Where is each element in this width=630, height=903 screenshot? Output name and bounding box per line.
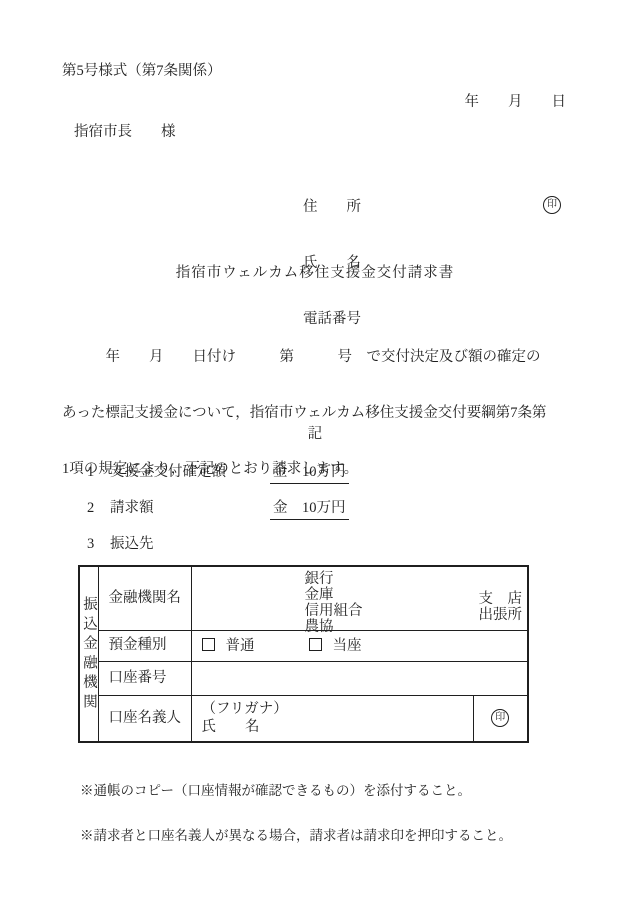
- item-number: 2: [87, 501, 94, 516]
- document-title: 指宿市ウェルカム移住支援金交付請求書: [0, 266, 630, 281]
- furigana-label: （フリガナ）: [202, 700, 473, 718]
- row-label-account-number: 口座番号: [98, 661, 191, 695]
- bank-type-option: 農協: [305, 619, 363, 635]
- ki-heading: 記: [0, 427, 630, 442]
- address-label: 住 所: [303, 200, 361, 227]
- account-holder-seal-icon: 印: [491, 709, 509, 727]
- list-item-confirmed-amount: 1 支援金交付確定額 金 10万円: [0, 465, 630, 485]
- item-label: 振込先: [110, 537, 154, 552]
- item-value-underlined: 金 10万円: [270, 465, 349, 484]
- bank-type-option: 金庫: [305, 587, 363, 603]
- body-paragraph: 年 月 日付け 第 号 で交付決定及び額の確定の あった標記支援金について，指宿…: [62, 321, 570, 518]
- checkbox-ordinary-deposit[interactable]: [202, 638, 215, 651]
- checkbox-label-ordinary: 普通: [226, 638, 255, 654]
- branch-type-options: 支 店 出張所: [479, 591, 523, 623]
- row-label-financial-institution: 金融機関名: [98, 566, 191, 630]
- table-vertical-header: 振込金融機関: [79, 566, 98, 742]
- branch-type-option: 出張所: [479, 607, 523, 623]
- checkbox-label-current: 当座: [333, 638, 362, 654]
- item-label: 支援金交付確定額: [110, 465, 226, 480]
- account-holder-cell: （フリガナ） 氏 名: [191, 695, 473, 742]
- bank-type-options: 銀行 金庫 信用組合 農協: [305, 571, 363, 635]
- bank-type-option: 銀行: [305, 571, 363, 587]
- addressee: 指宿市長 様: [74, 125, 176, 140]
- item-number: 3: [87, 537, 94, 552]
- footnotes: ※通帳のコピー（口座情報が確認できるもの）を添付すること。 ※請求者と口座名義人…: [80, 757, 512, 873]
- document-page: 第5号様式（第7条関係） 年 月 日 指宿市長 様 住 所 氏 名 電話番号 印…: [0, 0, 630, 903]
- applicant-seal-icon: 印: [543, 196, 561, 214]
- checkbox-current-deposit[interactable]: [309, 638, 322, 651]
- financial-institution-cell: 銀行 金庫 信用組合 農協 支 店 出張所: [191, 566, 528, 630]
- row-label-account-holder: 口座名義人: [98, 695, 191, 742]
- footnote: ※通帳のコピー（口座情報が確認できるもの）を添付すること。: [80, 784, 512, 802]
- bank-type-option: 信用組合: [305, 603, 363, 619]
- holder-name-label: 氏 名: [202, 718, 473, 736]
- list-item-transfer-destination: 3 振込先: [0, 537, 630, 557]
- footnote: ※請求者と口座名義人が異なる場合，請求者は請求印を押印すること。: [80, 829, 512, 847]
- body-line: 年 月 日付け 第 号 で交付決定及び額の確定の: [62, 350, 570, 377]
- form-number: 第5号様式（第7条関係）: [62, 64, 222, 79]
- date-line: 年 月 日: [465, 95, 567, 110]
- account-number-cell: [191, 661, 528, 695]
- list-item-requested-amount: 2 請求額 金 10万円: [0, 501, 630, 521]
- bank-account-table: 振込金融機関 金融機関名 銀行 金庫 信用組合 農協 支 店 出張所 預金種別 …: [78, 565, 529, 743]
- row-label-deposit-type: 預金種別: [98, 630, 191, 661]
- account-holder-seal-cell: 印: [473, 695, 528, 742]
- branch-type-option: 支 店: [479, 591, 523, 607]
- item-label: 請求額: [110, 501, 154, 516]
- item-number: 1: [87, 465, 94, 480]
- item-value-underlined: 金 10万円: [270, 501, 349, 520]
